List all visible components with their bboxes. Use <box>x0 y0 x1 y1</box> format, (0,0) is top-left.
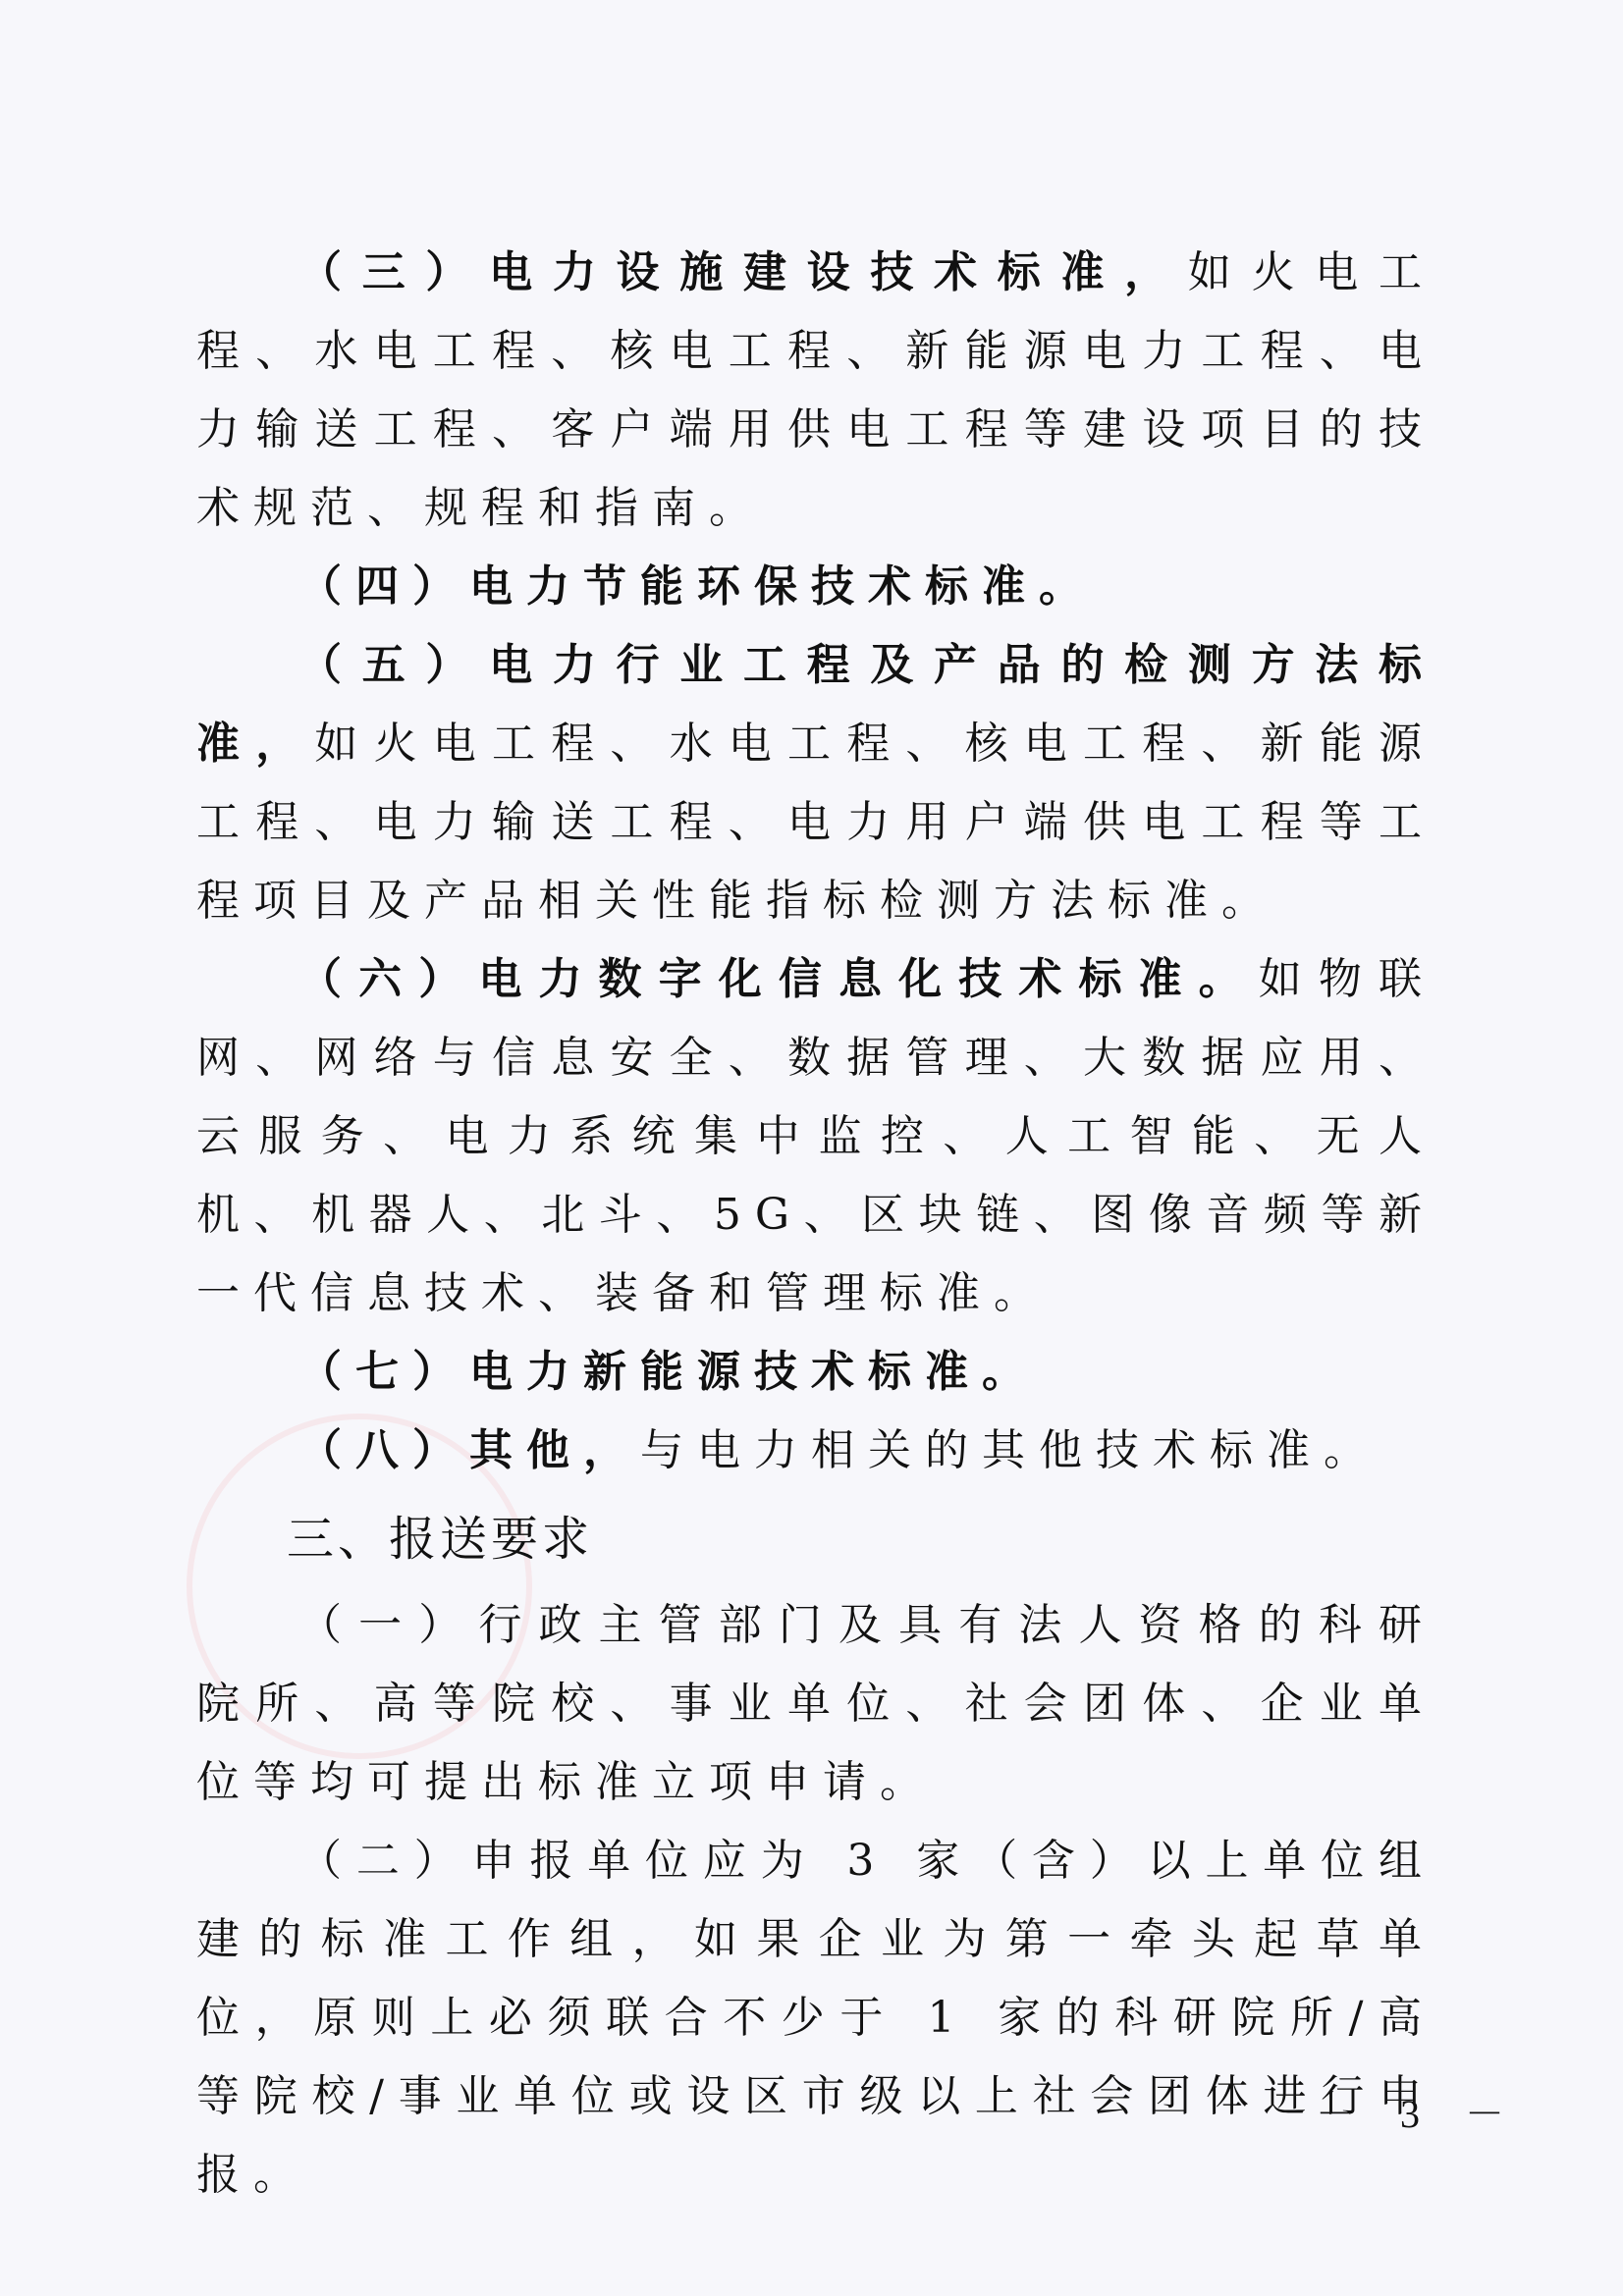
paragraph-item-4: （四）电力节能环保技术标准。 <box>196 548 1435 626</box>
section-heading: 三、报送要求 <box>196 1500 1435 1578</box>
paragraph-item-6: （六）电力数字化信息化技术标准。如物联网、网络与信息安全、数据管理、大数据应用、… <box>196 940 1435 1333</box>
paragraph-item-8: （八）其他，与电力相关的其他技术标准。 <box>196 1412 1435 1490</box>
paragraph-text: 与电力相关的其他技术标准。 <box>640 1425 1380 1475</box>
paragraph-text: 如物联网、网络与信息安全、数据管理、大数据应用、云服务、电力系统集中监控、人工智… <box>196 954 1435 1318</box>
paragraph-text: （一）行政主管部门及具有法人资格的科研院所、高等院校、事业单位、社会团体、企业单… <box>196 1600 1435 1807</box>
page-number: － 3 － <box>1316 2083 1522 2139</box>
paragraph-bold-lead: （四）电力节能环保技术标准。 <box>298 561 1096 612</box>
paragraph-bold-lead: （六）电力数字化信息化技术标准。 <box>298 954 1259 1004</box>
requirement-item-2: （二）申报单位应为 3 家（含）以上单位组建的标准工作组，如果企业为第一牵头起草… <box>196 1822 1435 2215</box>
requirement-item-1: （一）行政主管部门及具有法人资格的科研院所、高等院校、事业单位、社会团体、企业单… <box>196 1586 1435 1822</box>
document-body: （三）电力设施建设技术标准，如火电工程、水电工程、核电工程、新能源电力工程、电力… <box>196 234 1435 2215</box>
paragraph-text: （二）申报单位应为 3 家（含）以上单位组建的标准工作组，如果企业为第一牵头起草… <box>196 1836 1435 2200</box>
paragraph-item-3: （三）电力设施建设技术标准，如火电工程、水电工程、核电工程、新能源电力工程、电力… <box>196 234 1435 548</box>
paragraph-item-7: （七）电力新能源技术标准。 <box>196 1333 1435 1412</box>
paragraph-bold-lead: （七）电力新能源技术标准。 <box>298 1347 1039 1397</box>
paragraph-item-5: （五）电力行业工程及产品的检测方法标准，如火电工程、水电工程、核电工程、新能源工… <box>196 626 1435 940</box>
document-page: （三）电力设施建设技术标准，如火电工程、水电工程、核电工程、新能源电力工程、电力… <box>0 0 1623 2296</box>
paragraph-bold-lead: （三）电力设施建设技术标准， <box>298 247 1188 297</box>
paragraph-bold-lead: （八）其他， <box>298 1425 640 1475</box>
paragraph-text: 如火电工程、水电工程、核电工程、新能源工程、电力输送工程、电力用户端供电工程等工… <box>196 719 1435 926</box>
